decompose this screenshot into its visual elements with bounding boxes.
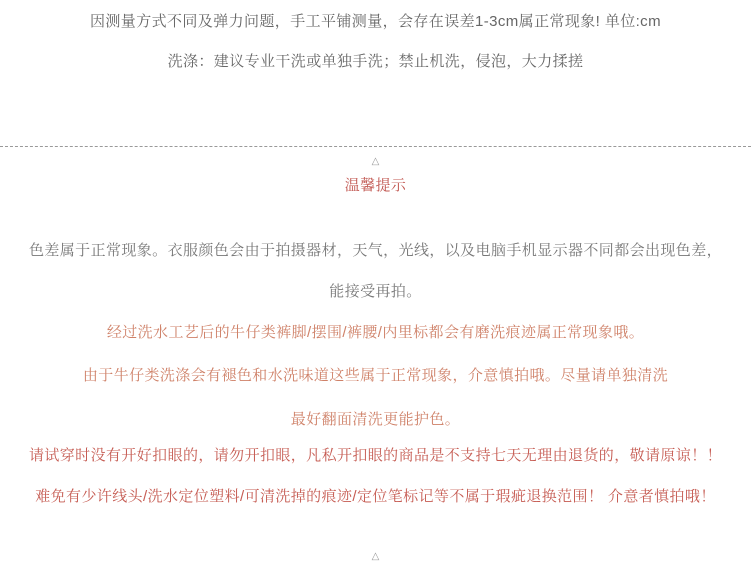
tip-line-minor-flaws: 难免有少许线头/洗水定位塑料/可清洗掉的痕迹/定位笔标记等不属于瑕疵退换范围！ … (0, 488, 751, 505)
tip-line-accept-before-buy: 能接受再拍。 (0, 283, 751, 300)
tip-line-wash-marks: 经过洗水工艺后的牛仔类裤脚/摆围/裤腰/内里标都会有磨洗痕迹属正常现象哦。 (0, 324, 751, 341)
tip-line-denim-fading: 由于牛仔类洗涤会有褪色和水洗味道这些属于正常现象，介意慎拍哦。尽量请单独清洗 (0, 367, 751, 384)
dashed-divider (0, 146, 751, 147)
tip-line-wash-inside-out: 最好翻面清洗更能护色。 (0, 411, 751, 428)
tip-line-buttonhole-policy: 请试穿时没有开好扣眼的，请勿开扣眼，凡私开扣眼的商品是不支持七天无理由退货的，敬… (0, 447, 751, 464)
triangle-marker-top: △ (0, 156, 751, 167)
tip-line-color-difference: 色差属于正常现象。衣服颜色会由于拍摄器材，天气，光线，以及电脑手机显示器不同都会… (0, 242, 751, 259)
triangle-marker-bottom: △ (0, 551, 751, 562)
product-description-notice: 因测量方式不同及弹力问题，手工平铺测量，会存在误差1-3cm属正常现象! 单位:… (0, 0, 751, 564)
tips-title: 温馨提示 (0, 177, 751, 194)
measurement-note: 因测量方式不同及弹力问题，手工平铺测量，会存在误差1-3cm属正常现象! 单位:… (0, 13, 751, 30)
washing-note: 洗涤：建议专业干洗或单独手洗；禁止机洗，侵泡，大力揉搓 (0, 53, 751, 70)
